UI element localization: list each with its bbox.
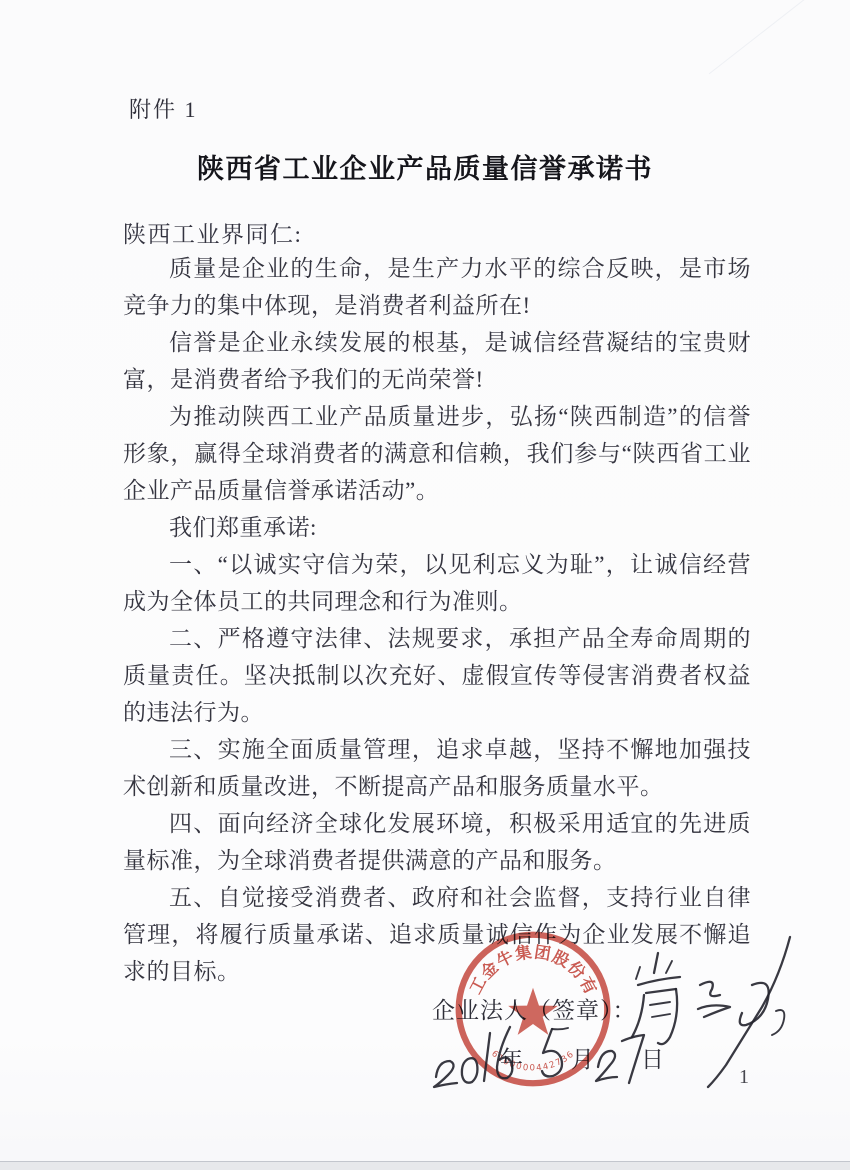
paragraph-participate: 为推动陕西工业产品质量进步，弘扬“陕西制造”的信誉形象，赢得全球消费者的满意和信…	[123, 398, 751, 509]
paragraph-pledge-intro: 我们郑重承诺:	[123, 509, 751, 546]
paragraph-quality: 质量是企业的生命，是生产力水平的综合反映，是市场竞争力的集中体现，是消费者利益所…	[123, 250, 751, 324]
pledge-item-1: 一、“以诚实守信为荣，以见利忘义为耻”，让诚信经营成为全体员工的共同理念和行为准…	[123, 546, 751, 620]
document-body: 质量是企业的生命，是生产力水平的综合反映，是市场竞争力的集中体现，是消费者利益所…	[123, 250, 751, 990]
attachment-label: 附件 1	[129, 93, 198, 124]
page-number: 1	[739, 1066, 749, 1089]
document-title: 陕西省工业企业产品质量信誉承诺书	[0, 147, 850, 186]
handwritten-day-27	[596, 1035, 644, 1083]
scan-crease-artifact	[709, 0, 850, 74]
handwritten-month-5	[542, 1028, 568, 1076]
pledge-item-4: 四、面向经济全球化发展环境，积极采用适宜的先进质量标准，为全球消费者提供满意的产…	[123, 805, 751, 879]
handwritten-signature	[632, 937, 790, 1087]
handwritten-year-2016	[434, 1027, 512, 1087]
salutation-line: 陕西工业界同仁:	[123, 216, 302, 249]
scan-edge-artifact	[0, 1161, 850, 1170]
handwritten-ink-layer	[400, 915, 820, 1110]
pledge-item-3: 三、实施全面质量管理，追求卓越，坚持不懈地加强技术创新和质量改进，不断提高产品和…	[123, 731, 751, 805]
paragraph-reputation: 信誉是企业永续发展的根基，是诚信经营凝结的宝贵财富，是消费者给予我们的无尚荣誉!	[123, 324, 751, 398]
scanned-document-page: 附件 1 陕西省工业企业产品质量信誉承诺书 陕西工业界同仁: 质量是企业的生命，…	[0, 0, 850, 1170]
pledge-item-2: 二、严格遵守法律、法规要求，承担产品全寿命周期的质量责任。坚决抵制以次充好、虚假…	[123, 620, 751, 731]
